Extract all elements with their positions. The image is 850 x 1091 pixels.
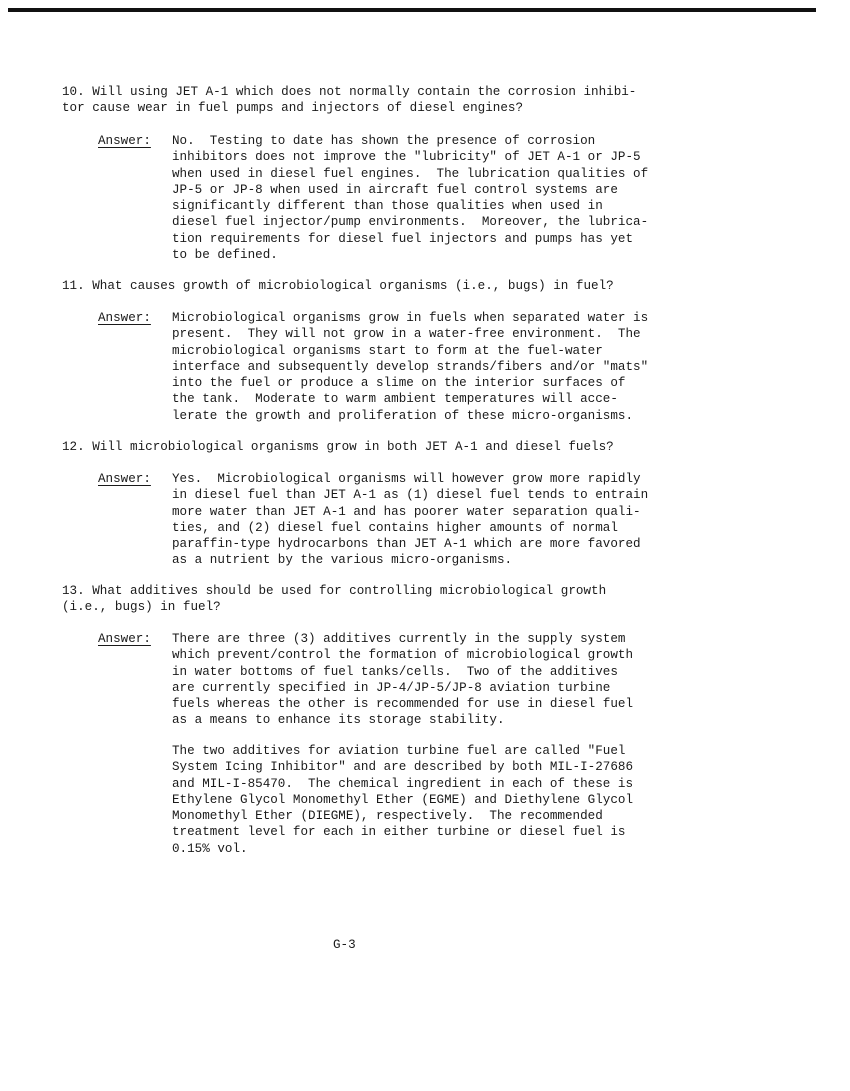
- answer-12: Yes. Microbiological organisms will howe…: [172, 471, 692, 569]
- question-10: 10. Will using JET A-1 which does not no…: [62, 84, 702, 117]
- top-border-line: [8, 8, 816, 12]
- answer-13-para-2: The two additives for aviation turbine f…: [172, 743, 692, 857]
- question-12: 12. Will microbiological organisms grow …: [62, 439, 702, 455]
- answer-label-10: Answer:: [98, 133, 151, 149]
- answer-13-para-1: There are three (3) additives currently …: [172, 631, 692, 729]
- answer-label-13: Answer:: [98, 631, 151, 647]
- question-13: 13. What additives should be used for co…: [62, 583, 702, 616]
- question-11: 11. What causes growth of microbiologica…: [62, 278, 702, 294]
- answer-label-12: Answer:: [98, 471, 151, 487]
- answer-label-11: Answer:: [98, 310, 151, 326]
- page-number: G-3: [333, 938, 356, 952]
- answer-10: No. Testing to date has shown the presen…: [172, 133, 692, 263]
- answer-11: Microbiological organisms grow in fuels …: [172, 310, 692, 424]
